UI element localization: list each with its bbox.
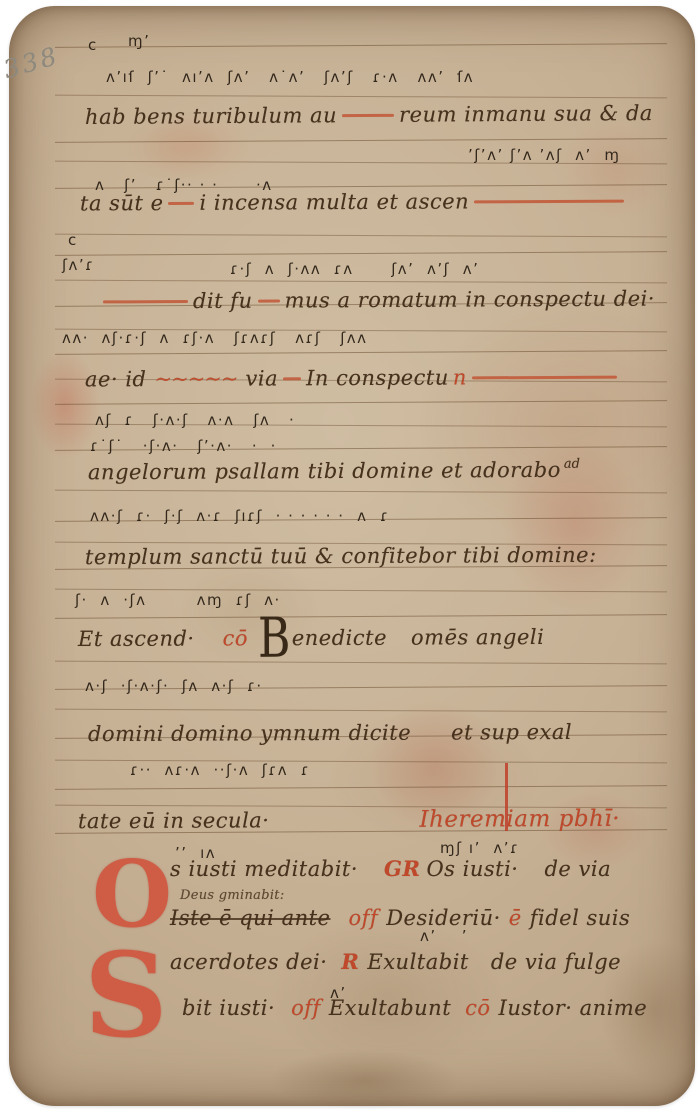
neumes-row: ʌ·ʃ ·ʃ·ʌ·ʃ· ʃʌ ʌ·ʃ ɾ· <box>85 677 263 695</box>
manuscript-page: 338 c ɱʼ ʌʼıſ ʃʼ˙ ʌıʼʌ ʃʌʼ ʌ˙ʌʼ ʃʌʼʃ ɾ·ʌ… <box>0 0 700 1116</box>
text-run: reum inmanu sua & da <box>399 101 653 127</box>
text-run: i incensa multa et ascen <box>199 189 469 214</box>
text-line-5: angelorum psallam tibi domine et adorabo… <box>88 457 580 485</box>
text-run: Exultabunt <box>329 996 451 1020</box>
neumes-row: ʌʌ· ʌʃ·ɾ·ʃ ʌ ɾʃ·ʌ ʃɾʌɾʃ ʌɾʃ ʃʌʌ <box>62 329 368 347</box>
antiphon-o-line-2: Iste ē qui anteoffDesideriū·ēfidel suis <box>170 906 630 930</box>
rubric-letter: n <box>453 365 467 389</box>
text-run: Et ascend· <box>78 627 195 652</box>
red-extension-line <box>472 376 617 380</box>
text-run: dit fu <box>193 289 253 313</box>
text-line-8: domini domino ymnum diciteet sup exal <box>88 720 572 746</box>
text-run: et sup exal <box>451 720 572 745</box>
neumes-row: c <box>68 231 78 249</box>
initial-s: S <box>84 938 168 1054</box>
red-extension-line <box>474 200 624 204</box>
neumes-row: ʌʌ·ʃ ɾ· ʃ·ʃ ʌ·ɾ ʃıɾʃ · · · · · · ʌ ɾ <box>90 507 389 525</box>
rubric-title: Iheremiam pbhī· <box>419 806 620 833</box>
text-line-2: ta sūt ei incensa multa et ascen <box>80 189 629 216</box>
text-line-7: Et ascend·cōBenedicteomēs angeli <box>78 625 544 651</box>
text-line-6: templum sanctū tuū & confitebor tibi dom… <box>85 543 597 569</box>
antiphon-s-line-1: acerdotes dei·RExultabitde via fulge <box>170 949 621 974</box>
red-extension-line <box>103 300 188 303</box>
text-line-3: dit fumus a romatum in conspectu dei· <box>103 287 655 314</box>
text-run: Iste ē qui ante <box>170 906 331 930</box>
neumes-row: ɾ·· ʌɾ·ʌ ··ʃ·ʌ ʃɾʌ ɾ <box>130 761 310 779</box>
text-line-1: hab bens turibulum aureum inmanu sua & d… <box>85 101 653 129</box>
text-run: Iustor· anime <box>499 996 648 1020</box>
text-run: ta sūt e <box>80 191 164 215</box>
antiphon-o-line-1: s iusti meditabit·GROs iusti·de via <box>170 856 611 881</box>
text-run: mus a romatum in conspectu dei· <box>285 287 656 313</box>
text-line-9: tate eū in secula·Iheremiam pbhī· <box>78 806 620 834</box>
text-run: ae· id <box>85 367 147 391</box>
text-run: omēs angeli <box>411 625 544 650</box>
superscript-abbreviation: ad <box>564 457 580 472</box>
rubric-responsorium: R <box>341 949 359 974</box>
text-run: Deus gminabit: <box>180 888 285 903</box>
neumes-row: ʃ· ʌ ·ʃʌ ʌɱ ɾʃ ʌ· <box>75 591 281 609</box>
text-run: de via <box>544 857 611 881</box>
neumes-row: ʼʃʼʌʼ ʃʼʌ ʼʌʃ ʌʼ ɱ <box>468 146 620 164</box>
text-run: templum sanctū tuū & confitebor tibi dom… <box>85 543 597 569</box>
rubric-communio: cō <box>465 996 490 1020</box>
neumes-row: ɱʼ <box>128 32 150 50</box>
text-run: acerdotes dei· <box>170 950 327 974</box>
red-extension-line <box>342 114 394 117</box>
rubric-letter: ē <box>509 906 522 930</box>
text-run: fidel suis <box>530 906 631 930</box>
neumes-row: ʌʃ ɾ ʃ·ʌ·ʃ ʌ·ʌ ʃʌ · <box>95 411 295 429</box>
text-line-4: ae· id∼∼∼∼∼viaIn conspectun <box>85 365 622 392</box>
text-run: angelorum psallam tibi domine et adorabo <box>88 458 561 484</box>
neumes-row: ɱʃ ıʼ ʌʼɾ <box>440 839 520 857</box>
rubric-offertorium: off <box>291 996 321 1020</box>
rubric-communio: cō <box>223 626 249 650</box>
text-run: In conspectu <box>306 366 449 391</box>
neumes-row: c <box>88 36 98 54</box>
text-run: via <box>245 366 278 390</box>
neumes-row: ʌʼıſ ʃʼ˙ ʌıʼʌ ʃʌʼ ʌ˙ʌʼ ʃʌʼʃ ɾ·ʌ ʌʌʼ ſʌ <box>106 68 474 86</box>
neumes-row: ɾ·ʃ ʌ ʃ·ʌʌ ɾʌ ʃʌʼ ʌʼʃ ʌʼ <box>230 260 479 278</box>
text-run: tate eū in secula· <box>78 808 270 833</box>
red-extension-line <box>168 202 194 205</box>
red-extension-line <box>258 300 280 303</box>
red-wavy-filler: ∼∼∼∼∼ <box>154 367 237 391</box>
initial-o: O <box>92 848 172 940</box>
text-run: hab bens turibulum au <box>85 103 337 129</box>
neumes-row: ʃʌʼɾ <box>62 256 95 274</box>
neumes-row: ɾ˙ʃ˙ ·ʃ·ʌ· ʃʼ·ʌ· · · <box>90 437 277 455</box>
text-run: bit iusti· <box>182 996 275 1020</box>
text-run: de via fulge <box>491 950 621 974</box>
text-run: Os iusti· <box>426 857 518 881</box>
rubric-offertorium: off <box>349 906 379 930</box>
rubric-gradual: GR <box>384 856 420 881</box>
text-run: Exultabit <box>367 950 468 974</box>
antiphon-s-line-2: bit iusti·offExultabuntcōIustor· anime <box>182 996 647 1020</box>
red-extension-line <box>283 377 301 380</box>
text-run: domini domino ymnum dicite <box>88 721 411 746</box>
text-run: s iusti meditabit· <box>170 857 358 881</box>
text-run: enedicte <box>292 626 387 650</box>
interlinear-gloss: Deus gminabit: <box>180 888 285 903</box>
text-run: Desideriū· <box>386 906 501 930</box>
